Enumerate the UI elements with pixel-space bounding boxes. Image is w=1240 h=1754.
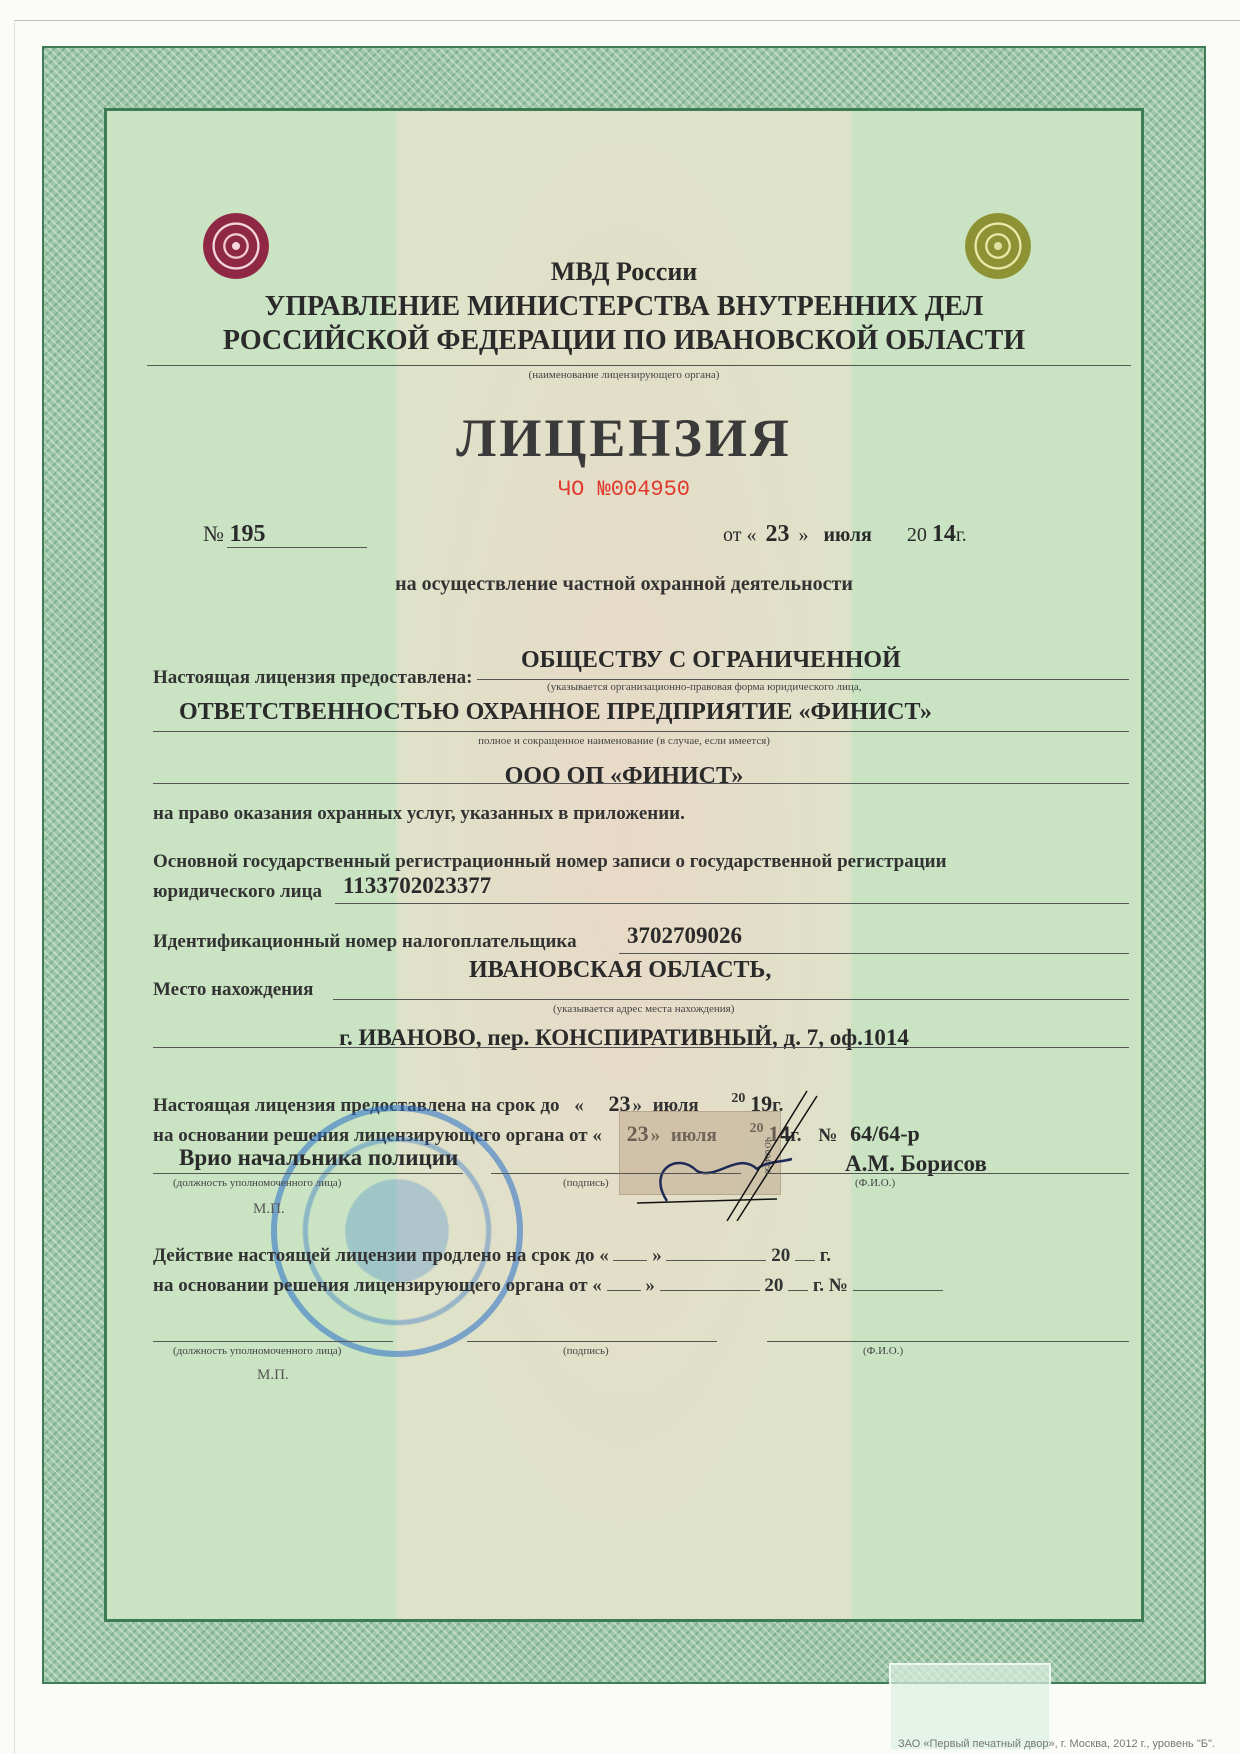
seal-caption: М.П. [253,1201,285,1218]
licensee-underline-2 [153,731,1129,732]
ext-signature-underline [467,1341,717,1342]
name-caption: (Ф.И.О.) [855,1177,895,1189]
ogrn-label-line1: Основной государственный регистрационный… [153,851,947,873]
extension-year-field[interactable] [795,1260,815,1261]
authority-caption: (наименование лицензирующего органа) [107,369,1141,381]
address-label: Место нахождения [153,979,313,1001]
extension-year-suffix-1: г. [820,1245,831,1266]
authority-name-line2: РОССИЙСКОЙ ФЕДЕРАЦИИ ПО ИВАНОВСКОЙ ОБЛАС… [107,325,1141,357]
address-underline [333,999,1129,1000]
licensee-name-line2: ОТВЕТСТВЕННОСТЬЮ ОХРАННОЕ ПРЕДПРИЯТИЕ «Ф… [179,699,932,726]
term-open-quote: « [564,1095,584,1116]
ogrn-underline [335,903,1129,904]
license-purpose: на осуществление частной охранной деятел… [107,573,1141,596]
ogrn-label-line2: юридического лица [153,881,322,903]
authority-underline [147,365,1131,366]
signatory-position: Врио начальника полиции [179,1145,458,1171]
number-label: № [203,521,224,546]
extension-decision-month-field[interactable] [660,1290,760,1291]
extension-no-label: г. № [813,1275,848,1296]
licensee-underline-1 [477,679,1129,680]
license-date: от « 23 » июля 20 14г. [723,521,967,548]
ext-signature-caption: (подпись) [563,1345,609,1357]
name-underline [767,1173,1129,1174]
rights-text: на право оказания охранных услуг, указан… [153,803,685,825]
guilloche-border: МВД России УПРАВЛЕНИЕ МИНИСТЕРСТВА ВНУТР… [42,46,1206,1684]
extension-year-prefix-1: 20 [771,1245,790,1266]
inn-label: Идентификационный номер налогоплательщик… [153,931,577,953]
extension-row-2: на основании решения лицензирующего орга… [153,1275,943,1297]
position-caption: (должность уполномоченного лица) [173,1177,341,1189]
decision-open-quote: « [592,1125,602,1146]
extension-row-1: Действие настоящей лицензии продлено на … [153,1245,831,1267]
extension-year-prefix-2: 20 [764,1275,783,1296]
extension-close-quote-1: » [652,1245,662,1266]
extension-month-field[interactable] [666,1260,766,1261]
extension-day-field[interactable] [613,1260,647,1261]
position-underline [153,1173,463,1174]
date-month: июля [813,524,901,546]
decision-number: 64/64-р [850,1121,920,1146]
date-day: 23 [761,521,793,547]
extension-decision-day-field[interactable] [607,1290,641,1291]
ext-name-underline [767,1341,1129,1342]
licensee-name-line1: ОБЩЕСТВУ С ОГРАНИЧЕННОЙ [521,647,901,674]
extension-close-quote-2: » [645,1275,655,1296]
date-year: 14 [932,521,956,547]
ext-seal-caption: М.П. [257,1367,289,1384]
licensee-short-name: ООО ОП «ФИНИСТ» [107,763,1141,790]
official-seal-stamp [271,1105,523,1357]
authority-name-line1: УПРАВЛЕНИЕ МИНИСТЕРСТВА ВНУТРЕННИХ ДЕЛ [107,291,1141,323]
printer-footer: ЗАО «Первый печатный двор», г. Москва, 2… [898,1738,1215,1750]
extension-decision-label: на основании решения лицензирующего орга… [153,1275,602,1296]
signature-icon [627,1081,847,1221]
date-prefix: от « [723,524,756,546]
licensee-caption-1: (указывается организационно-правовая фор… [547,681,861,693]
short-name-strike-line [153,783,1129,784]
extension-term-label: Действие настоящей лицензии продлено на … [153,1245,609,1266]
date-year-suffix: г. [956,524,967,546]
extension-decision-year-field[interactable] [788,1290,808,1291]
licensee-caption-2: полное и сокращенное наименование (в слу… [107,735,1141,747]
license-number-row: № 195 [203,521,266,548]
inn-value: 3702709026 [627,923,742,949]
ext-position-caption: (должность уполномоченного лица) [173,1345,341,1357]
ogrn-value: 1133702023377 [343,873,491,899]
extension-decision-number-field[interactable] [853,1290,943,1291]
date-year-prefix: 20 [907,524,927,546]
inn-underline [619,953,1129,954]
number-underline [227,547,367,548]
authority-short: МВД России [107,257,1141,287]
address-strike-line [153,1047,1129,1048]
ext-position-underline [153,1341,393,1342]
form-serial-number: ЧО №004950 [107,477,1141,502]
license-form: МВД России УПРАВЛЕНИЕ МИНИСТЕРСТВА ВНУТР… [104,108,1144,1622]
address-line1: ИВАНОВСКАЯ ОБЛАСТЬ, [469,957,771,984]
license-number: 195 [230,521,266,547]
date-close-quote: » [798,524,808,546]
ext-name-caption: (Ф.И.О.) [863,1345,903,1357]
document-title: ЛИЦЕНЗИЯ [107,407,1141,469]
granted-label: Настоящая лицензия предоставлена: [153,667,473,689]
signature-caption: (подпись) [563,1177,609,1189]
signature-underline [491,1173,741,1174]
address-caption: (указывается адрес места нахождения) [553,1003,734,1015]
